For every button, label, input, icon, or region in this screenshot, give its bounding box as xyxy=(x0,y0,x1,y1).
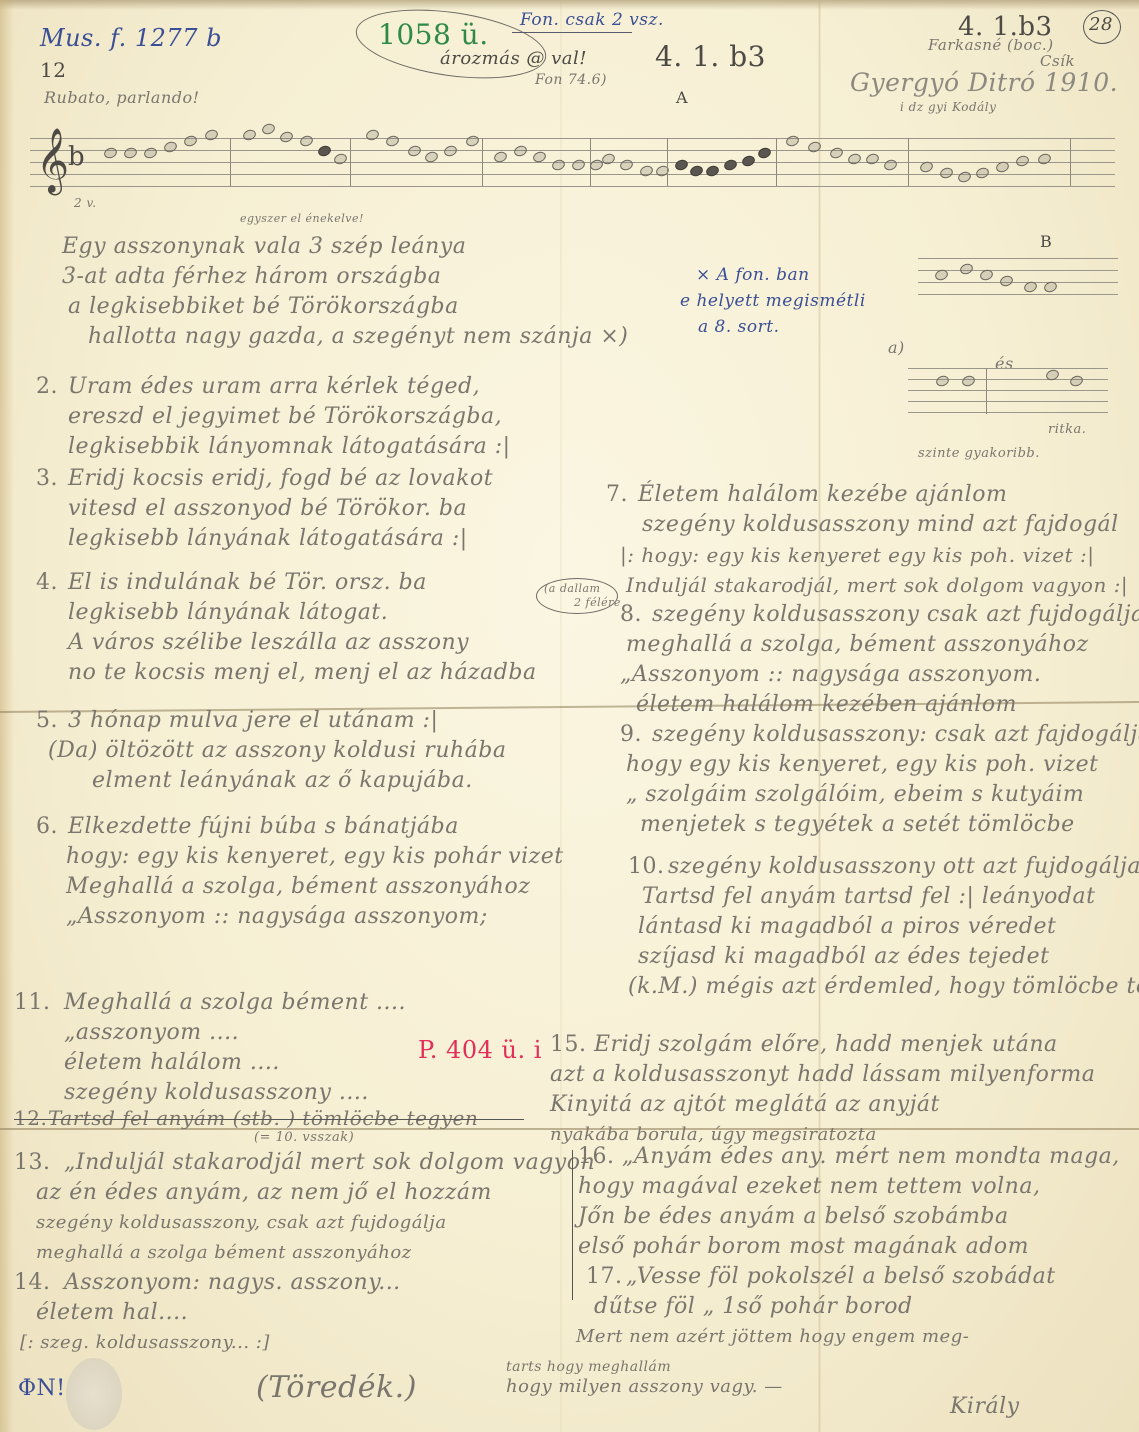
treble-clef-icon: 𝄞 xyxy=(36,128,70,194)
key-signature: b xyxy=(68,142,85,172)
stanza-12-struck: 12.Tartsd fel anyám (stb. ) tömlöcbe teg… xyxy=(14,1106,478,1146)
blue-margin-note: × A fon. ban e helyett megismétli a 8. s… xyxy=(680,262,866,340)
catalog-ref: Mus. f. 1277 b xyxy=(40,24,222,52)
verse-marker: 2 v. xyxy=(74,196,97,210)
collector-note: i dz gyi Kodály xyxy=(900,100,996,114)
stanza-10: 10.szegény koldusasszony ott azt fujdogá… xyxy=(628,852,1139,1002)
paper-edge-top xyxy=(0,0,1139,10)
stanza-1: Egy asszonynak vala 3 szép leánya 3-at a… xyxy=(62,232,628,352)
fon-note-underline xyxy=(512,32,632,33)
stanza-8: 8.szegény koldusasszony csak azt fujdogá… xyxy=(620,600,1139,720)
stanza-13: 13.„Induljál stakarodjál mert sok dolgom… xyxy=(14,1148,595,1268)
green-number: 1058 ü. xyxy=(378,18,489,51)
stanza-15: 15.Eridj szolgám előre, hadd menjek után… xyxy=(550,1030,1095,1150)
stanza-2: 2.Uram édes uram arra kérlek téged, eres… xyxy=(36,372,511,462)
embossed-seal xyxy=(66,1358,122,1430)
singer-name: Farkasné (boc.) xyxy=(928,36,1054,54)
stanza-17: 17.„Vesse föl pokolszél a belső szobádat… xyxy=(586,1262,1056,1402)
stanza-16: 16.„Anyám édes any. mért nem mondta maga… xyxy=(578,1142,1120,1262)
stanza-3: 3.Eridj kocsis eridj, fogd bé az lovakot… xyxy=(36,464,493,554)
stanza-6: 6.Elkezdette fújni búba s bánatjába hogy… xyxy=(36,812,564,932)
stanza-7: 7.Életem halálom kezébe ajánlom szegény … xyxy=(606,480,1128,600)
fragment-label: (Töredék.) xyxy=(256,1370,417,1405)
stanza-9: 9.szegény koldusasszony: csak azt fajdog… xyxy=(620,720,1139,840)
section-b-mark: B xyxy=(1040,232,1052,251)
variant-ritka-label: ritka. xyxy=(1048,422,1086,437)
circled-note: ározmás @ val! xyxy=(440,48,587,69)
red-archive-stamp: P. 404 ü. i xyxy=(418,1036,542,1064)
tempo-marking: Rubato, parlando! xyxy=(44,88,200,107)
page-mark: 12 xyxy=(40,58,66,82)
under-staff-note: egyszer el énekelve! xyxy=(240,212,364,225)
stanza-14: 14.Asszonyom: nagys. asszony... életem h… xyxy=(14,1268,401,1358)
fon-note: Fon. csak 2 vsz. xyxy=(520,10,664,30)
strikethrough-line xyxy=(14,1119,524,1120)
stanza-5: 5.3 hónap mulva jere el utánam :| (Da) ö… xyxy=(36,706,506,796)
bracket-line xyxy=(572,1150,573,1300)
signature: Király xyxy=(950,1394,1020,1419)
tonal-code-center: 4. 1. b3 xyxy=(655,40,766,73)
fon-ref: Fon 74.6) xyxy=(535,72,607,88)
section-a-mark: A xyxy=(676,88,688,107)
paper-edge-left xyxy=(0,0,14,1432)
stanza-4: 4.El is indulának bé Tör. orsz. ba legki… xyxy=(36,568,537,688)
manuscript-page: Mus. f. 1277 b 12 Rubato, parlando! 1058… xyxy=(0,0,1139,1432)
music-staff-variant-1 xyxy=(918,258,1118,306)
page-number: 28 xyxy=(1089,14,1113,35)
variant-gyakoribb-label: szinte gyakoribb. xyxy=(918,446,1040,461)
variant-barline xyxy=(986,368,987,414)
stanza-11: 11.Meghallá a szolga bément .... „asszon… xyxy=(14,988,406,1108)
variant-a-label: a) xyxy=(888,338,905,357)
location-year: Gyergyó Ditró 1910. xyxy=(850,68,1118,97)
bottom-mark: ΦN! xyxy=(18,1376,66,1401)
